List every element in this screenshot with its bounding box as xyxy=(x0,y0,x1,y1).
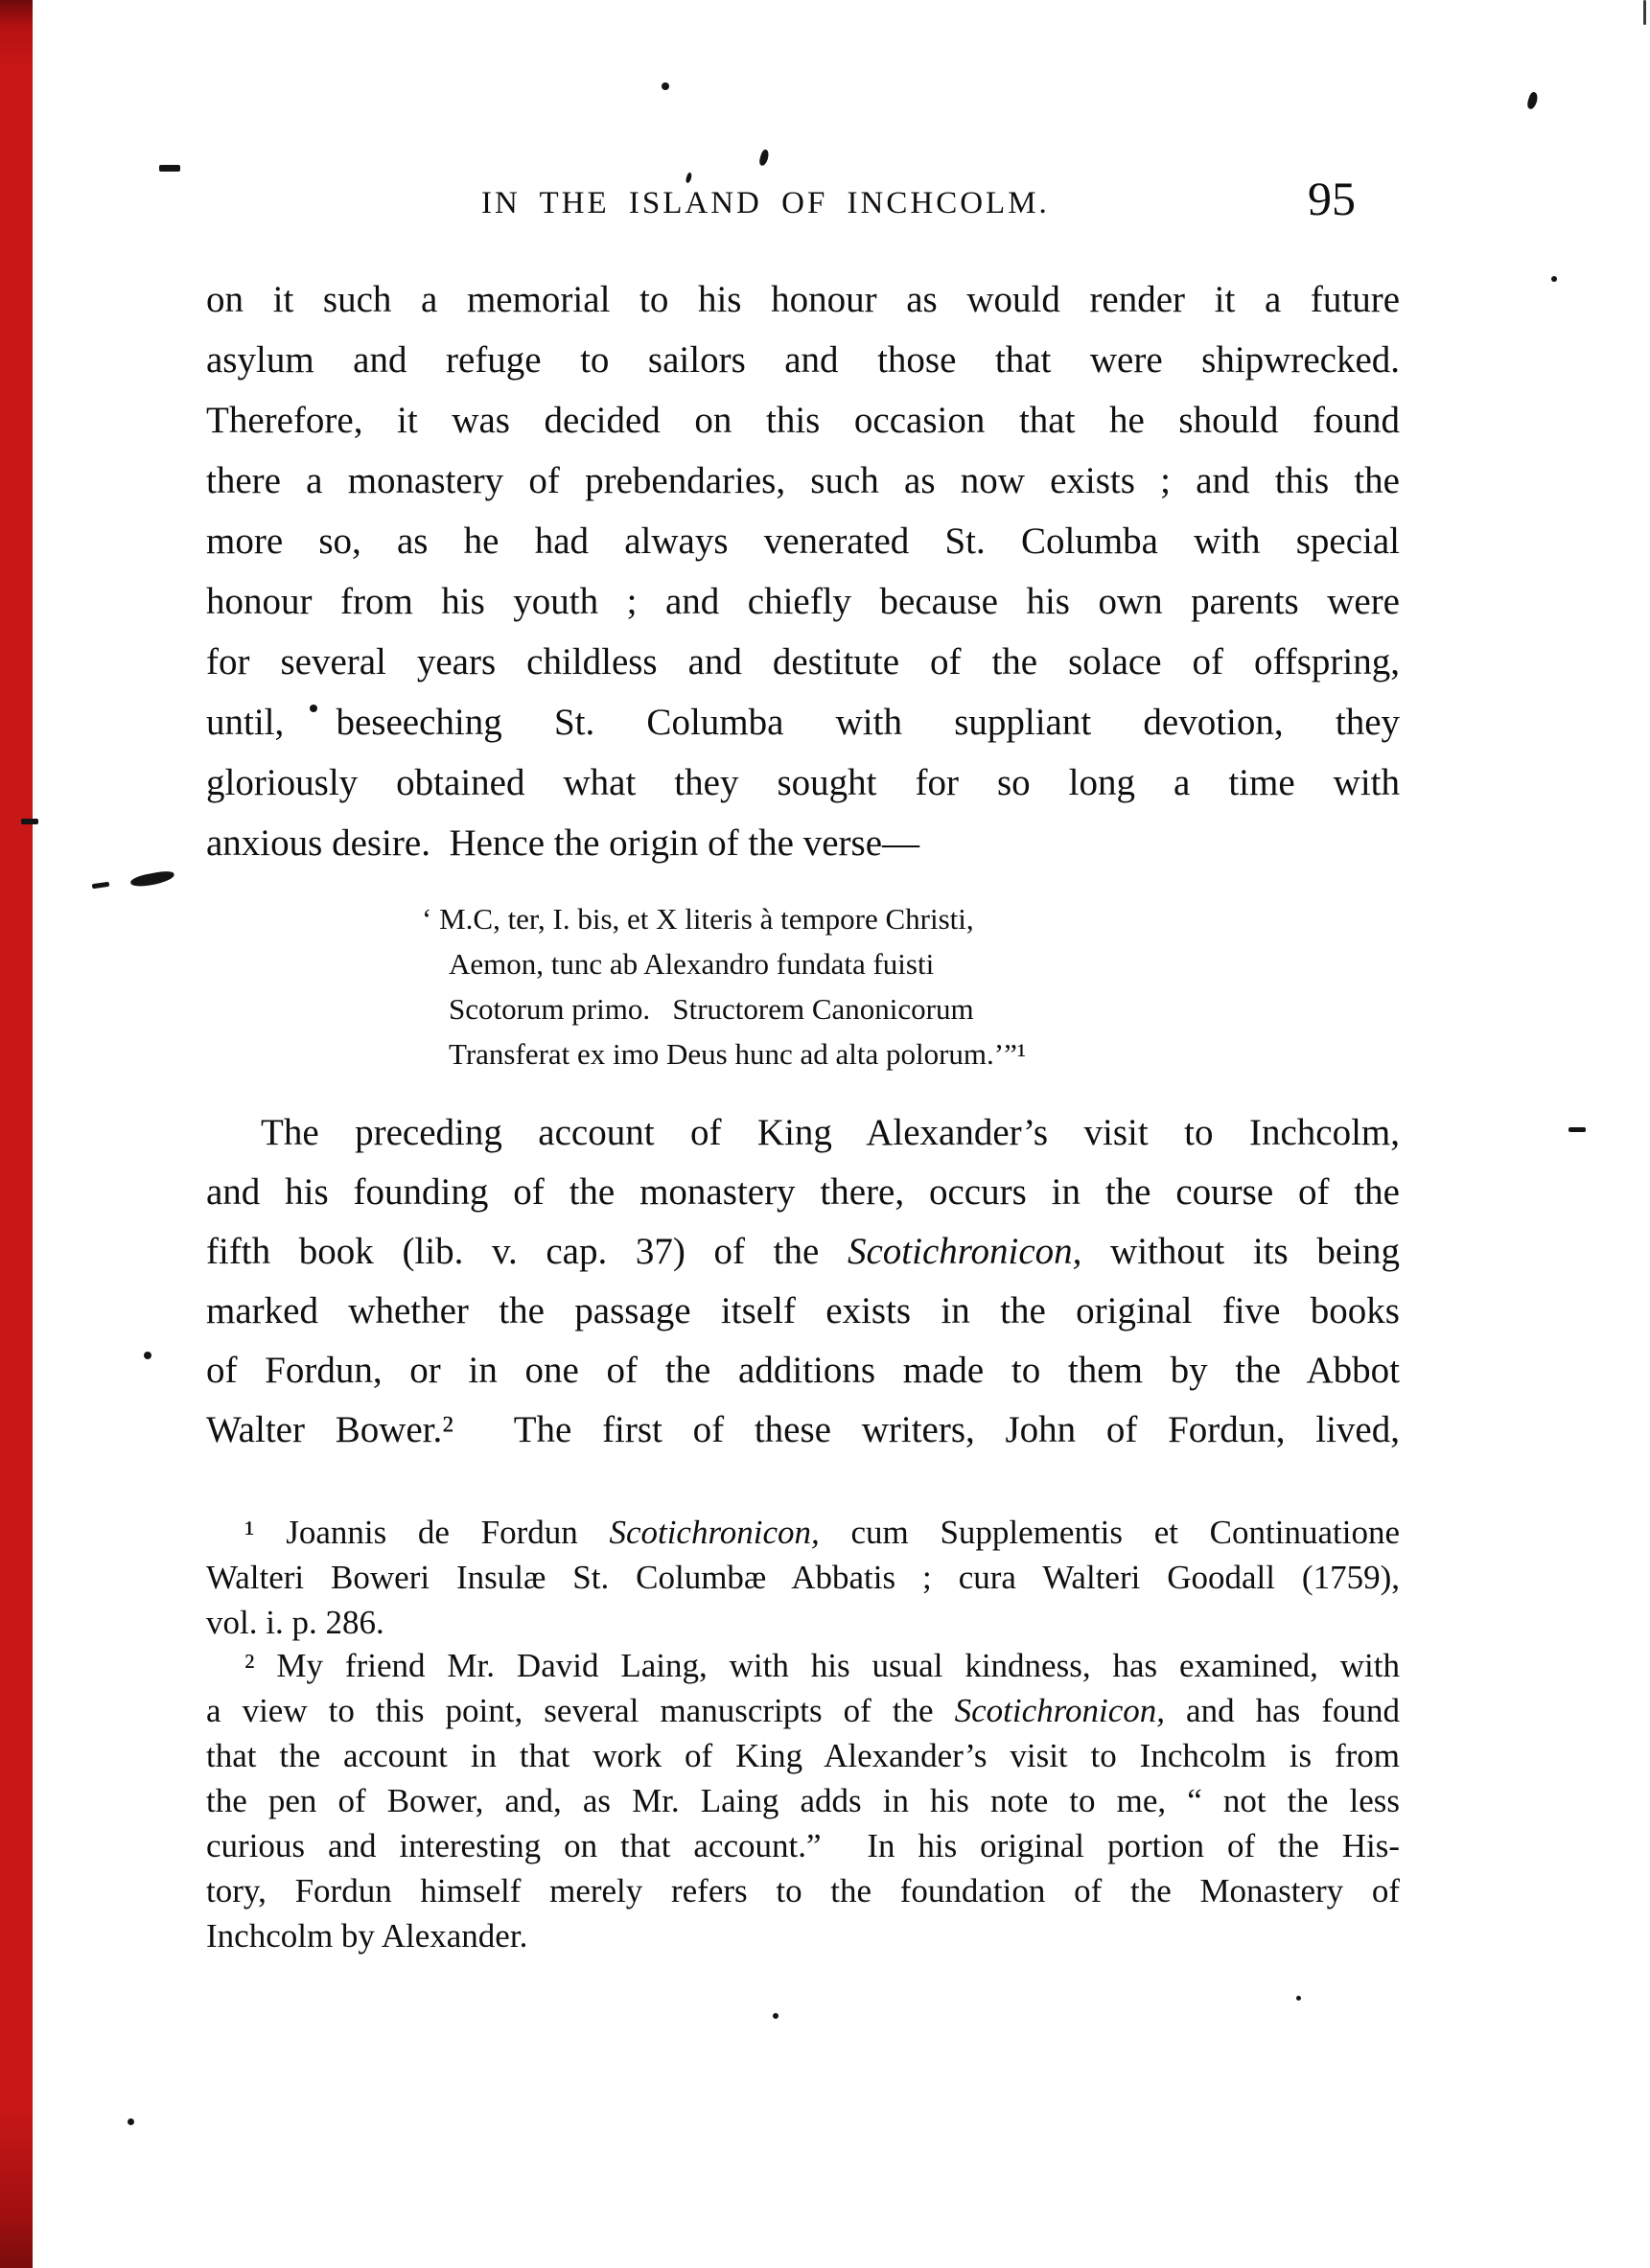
text-line: until, beseeching St. Columba with suppl… xyxy=(206,692,1400,752)
text-segment: and his founding of the monastery there,… xyxy=(206,1171,1400,1213)
text-line: ‘ M.C, ter, I. bis, et X literis à tempo… xyxy=(422,896,1179,941)
footnote-2: ² My friend Mr. David Laing, with his us… xyxy=(206,1643,1400,1958)
text-line: for several years childless and destitut… xyxy=(206,632,1400,692)
ink-speck xyxy=(129,869,174,889)
text-line: of Fordun, or in one of the additions ma… xyxy=(206,1341,1400,1400)
text-segment: marked whether the passage itself exists… xyxy=(206,1290,1400,1331)
text-line: more so, as he had always venerated St. … xyxy=(206,511,1400,571)
text-segment: curious and interesting on that account.… xyxy=(206,1827,1400,1864)
text-line: that the account in that work of King Al… xyxy=(206,1733,1400,1778)
text-line: anxious desire. Hence the origin of the … xyxy=(206,813,1400,873)
body-paragraph-2: The preceding account of King Alexander’… xyxy=(206,1103,1400,1460)
text-line: ² My friend Mr. David Laing, with his us… xyxy=(206,1643,1400,1688)
text-line: asylum and refuge to sailors and those t… xyxy=(206,330,1400,390)
text-segment: ‘ M.C, ter, I. bis, et X literis à tempo… xyxy=(422,902,974,936)
latin-verse-quote: ‘ M.C, ter, I. bis, et X literis à tempo… xyxy=(422,896,1179,1076)
text-segment: for several years childless and destitut… xyxy=(206,641,1400,683)
text-line: Walteri Boweri Insulæ St. Columbæ Abbati… xyxy=(206,1555,1400,1600)
book-page-scan: IN THE ISLAND OF INCHCOLM. 95 on it such… xyxy=(0,0,1650,2268)
text-segment: Inchcolm by Alexander. xyxy=(206,1917,527,1955)
italic-text-segment: Scotichronicon, xyxy=(848,1231,1081,1272)
text-line: Inchcolm by Alexander. xyxy=(206,1913,1400,1958)
text-line: marked whether the passage itself exists… xyxy=(206,1282,1400,1341)
ink-speck xyxy=(758,149,771,167)
ink-speck xyxy=(1643,0,1646,25)
text-segment: more so, as he had always venerated St. … xyxy=(206,521,1400,562)
ink-speck xyxy=(1296,1996,1301,2001)
book-binding-edge xyxy=(0,0,33,2268)
text-line: vol. i. p. 286. xyxy=(206,1600,1400,1645)
text-segment: Walter Bower.² The first of these writer… xyxy=(206,1409,1400,1450)
ink-speck xyxy=(128,2118,134,2125)
text-segment: cum Supplementis et Continuatione xyxy=(820,1514,1400,1551)
text-line: the pen of Bower, and, as Mr. Laing adds… xyxy=(206,1778,1400,1823)
text-line: there a monastery of prebendaries, such … xyxy=(206,451,1400,511)
page-number: 95 xyxy=(1308,171,1356,226)
body-paragraph-1: on it such a memorial to his honour as w… xyxy=(206,269,1400,873)
text-segment: and has found xyxy=(1165,1692,1400,1729)
text-line: Scotorum primo. Structorem Canonicorum xyxy=(422,986,1206,1031)
text-segment: ² My friend Mr. David Laing, with his us… xyxy=(244,1647,1400,1684)
ink-speck xyxy=(1569,1127,1586,1132)
ink-speck xyxy=(144,1352,151,1359)
ink-speck xyxy=(21,819,38,824)
text-segment: Scotorum primo. Structorem Canonicorum xyxy=(449,992,974,1026)
italic-text-segment: Scotichronicon, xyxy=(609,1514,819,1551)
text-line: tory, Fordun himself merely refers to th… xyxy=(206,1868,1400,1913)
text-segment: Walteri Boweri Insulæ St. Columbæ Abbati… xyxy=(206,1559,1400,1596)
running-header-title: IN THE ISLAND OF INCHCOLM. xyxy=(481,186,1050,221)
text-segment: anxious desire. Hence the origin of the … xyxy=(206,822,919,864)
text-line: and his founding of the monastery there,… xyxy=(206,1163,1400,1222)
text-segment: tory, Fordun himself merely refers to th… xyxy=(206,1872,1400,1909)
text-segment: without its being xyxy=(1081,1231,1400,1272)
ink-speck xyxy=(159,165,180,172)
ink-speck xyxy=(310,705,317,712)
text-line: honour from his youth ; and chiefly beca… xyxy=(206,571,1400,632)
text-segment: fifth book (lib. v. cap. 37) of the xyxy=(206,1231,848,1272)
text-line: Transferat ex imo Deus hunc ad alta polo… xyxy=(422,1031,1206,1076)
ink-speck xyxy=(773,2013,779,2019)
text-line: ¹ Joannis de Fordun Scotichronicon, cum … xyxy=(206,1510,1400,1555)
text-segment: until, beseeching St. Columba with suppl… xyxy=(206,702,1400,743)
text-line: a view to this point, several manuscript… xyxy=(206,1688,1400,1733)
text-segment: the pen of Bower, and, as Mr. Laing adds… xyxy=(206,1782,1400,1819)
text-line: The preceding account of King Alexander’… xyxy=(206,1103,1400,1163)
italic-text-segment: Scotichronicon, xyxy=(955,1692,1165,1729)
text-segment: ¹ Joannis de Fordun xyxy=(244,1514,609,1551)
text-segment: The preceding account of King Alexander’… xyxy=(261,1112,1400,1153)
text-segment: that the account in that work of King Al… xyxy=(206,1737,1400,1774)
text-line: Walter Bower.² The first of these writer… xyxy=(206,1400,1400,1460)
text-line: Aemon, tunc ab Alexandro fundata fuisti xyxy=(422,941,1206,986)
text-segment: Aemon, tunc ab Alexandro fundata fuisti xyxy=(449,947,934,981)
text-segment: gloriously obtained what they sought for… xyxy=(206,762,1400,803)
text-line: curious and interesting on that account.… xyxy=(206,1823,1400,1868)
footnote-1: ¹ Joannis de Fordun Scotichronicon, cum … xyxy=(206,1510,1400,1645)
text-segment: vol. i. p. 286. xyxy=(206,1604,384,1641)
text-segment: of Fordun, or in one of the additions ma… xyxy=(206,1350,1400,1391)
ink-speck xyxy=(1551,276,1557,282)
ink-speck xyxy=(1525,91,1539,110)
text-segment: asylum and refuge to sailors and those t… xyxy=(206,339,1400,381)
ink-speck xyxy=(662,82,669,90)
text-line: gloriously obtained what they sought for… xyxy=(206,752,1400,813)
text-line: fifth book (lib. v. cap. 37) of the Scot… xyxy=(206,1222,1400,1282)
text-line: on it such a memorial to his honour as w… xyxy=(206,269,1400,330)
text-segment: Transferat ex imo Deus hunc ad alta polo… xyxy=(449,1037,1026,1071)
text-segment: a view to this point, several manuscript… xyxy=(206,1692,955,1729)
text-line: Therefore, it was decided on this occasi… xyxy=(206,390,1400,451)
text-segment: on it such a memorial to his honour as w… xyxy=(206,279,1400,320)
text-segment: honour from his youth ; and chiefly beca… xyxy=(206,581,1400,622)
ink-speck xyxy=(685,172,692,183)
ink-speck xyxy=(92,882,110,889)
text-segment: Therefore, it was decided on this occasi… xyxy=(206,400,1400,441)
text-segment: there a monastery of prebendaries, such … xyxy=(206,460,1400,501)
